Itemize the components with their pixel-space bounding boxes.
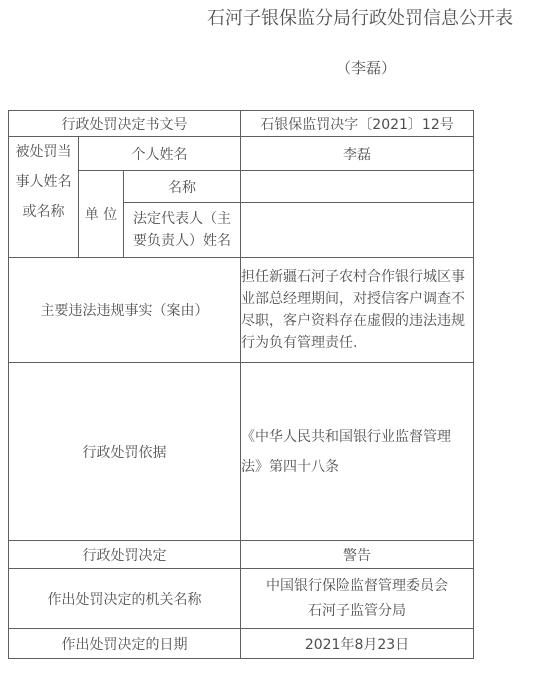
doc-number-label: 行政处罚决定书文号 <box>9 111 241 137</box>
legal-rep-label-line-1: 法定代表人（主 <box>124 208 240 230</box>
basis-value-line-1: 《中华人民共和国银行业监督管理 <box>241 422 473 452</box>
facts-value-line-3: 尽职，客户资料存在虚假的违法违规 <box>241 310 473 332</box>
basis-value: 《中华人民共和国银行业监督管理 法》第四十八条 <box>241 363 474 541</box>
facts-value-line-4: 行为负有管理责任. <box>241 332 473 354</box>
decision-value: 警告 <box>241 541 474 569</box>
date-value: 2021年8月23日 <box>241 629 474 659</box>
party-group-label: 被处罚当 事人姓名 或名称 <box>9 137 79 258</box>
row-unit-name: 单 位 名称 <box>9 171 474 203</box>
row-date: 作出处罚决定的日期 2021年8月23日 <box>9 629 474 659</box>
page-title: 石河子银保监分局行政处罚信息公开表 <box>207 7 513 31</box>
party-group-line-1: 被处罚当 <box>9 137 78 167</box>
penalty-disclosure-page: 石河子银保监分局行政处罚信息公开表 （李磊） 行政处罚决定书文号 石银保监罚决字… <box>0 0 554 674</box>
date-label: 作出处罚决定的日期 <box>9 629 241 659</box>
legal-rep-label-line-2: 要负责人）姓名 <box>124 230 240 252</box>
row-authority: 作出处罚决定的机关名称 中国银行保险监督管理委员会 石河子监管分局 <box>9 569 474 629</box>
basis-value-line-2: 法》第四十八条 <box>241 452 473 482</box>
unit-name-value <box>241 171 474 203</box>
decision-label: 行政处罚决定 <box>9 541 241 569</box>
authority-value-line-1: 中国银行保险监督管理委员会 <box>241 574 473 599</box>
personal-name-value: 李磊 <box>241 137 474 171</box>
basis-label: 行政处罚依据 <box>9 363 241 541</box>
doc-number-value: 石银保监罚决字〔2021〕12号 <box>241 111 474 137</box>
facts-value: 担任新疆石河子农村合作银行城区事 业部总经理期间，对授信客户调查不 尽职，客户资… <box>241 258 474 363</box>
unit-name-label: 名称 <box>124 171 241 203</box>
authority-value-line-2: 石河子监管分局 <box>241 599 473 624</box>
legal-rep-value <box>241 203 474 258</box>
authority-value: 中国银行保险监督管理委员会 石河子监管分局 <box>241 569 474 629</box>
row-personal-name: 被处罚当 事人姓名 或名称 个人姓名 李磊 <box>9 137 474 171</box>
authority-label: 作出处罚决定的机关名称 <box>9 569 241 629</box>
party-group-line-3: 或名称 <box>9 197 78 227</box>
facts-value-line-2: 业部总经理期间，对授信客户调查不 <box>241 288 473 310</box>
party-group-line-2: 事人姓名 <box>9 167 78 197</box>
facts-value-line-1: 担任新疆石河子农村合作银行城区事 <box>241 266 473 288</box>
page-subtitle: （李磊） <box>336 58 396 78</box>
penalty-table: 行政处罚决定书文号 石银保监罚决字〔2021〕12号 被处罚当 事人姓名 或名称… <box>8 110 474 659</box>
row-decision: 行政处罚决定 警告 <box>9 541 474 569</box>
row-facts: 主要违法违规事实（案由） 担任新疆石河子农村合作银行城区事 业部总经理期间，对授… <box>9 258 474 363</box>
row-basis: 行政处罚依据 《中华人民共和国银行业监督管理 法》第四十八条 <box>9 363 474 541</box>
facts-label: 主要违法违规事实（案由） <box>9 258 241 363</box>
legal-rep-label: 法定代表人（主 要负责人）姓名 <box>124 203 241 258</box>
unit-label: 单 位 <box>79 171 124 258</box>
row-doc-number: 行政处罚决定书文号 石银保监罚决字〔2021〕12号 <box>9 111 474 137</box>
personal-name-label: 个人姓名 <box>79 137 241 171</box>
